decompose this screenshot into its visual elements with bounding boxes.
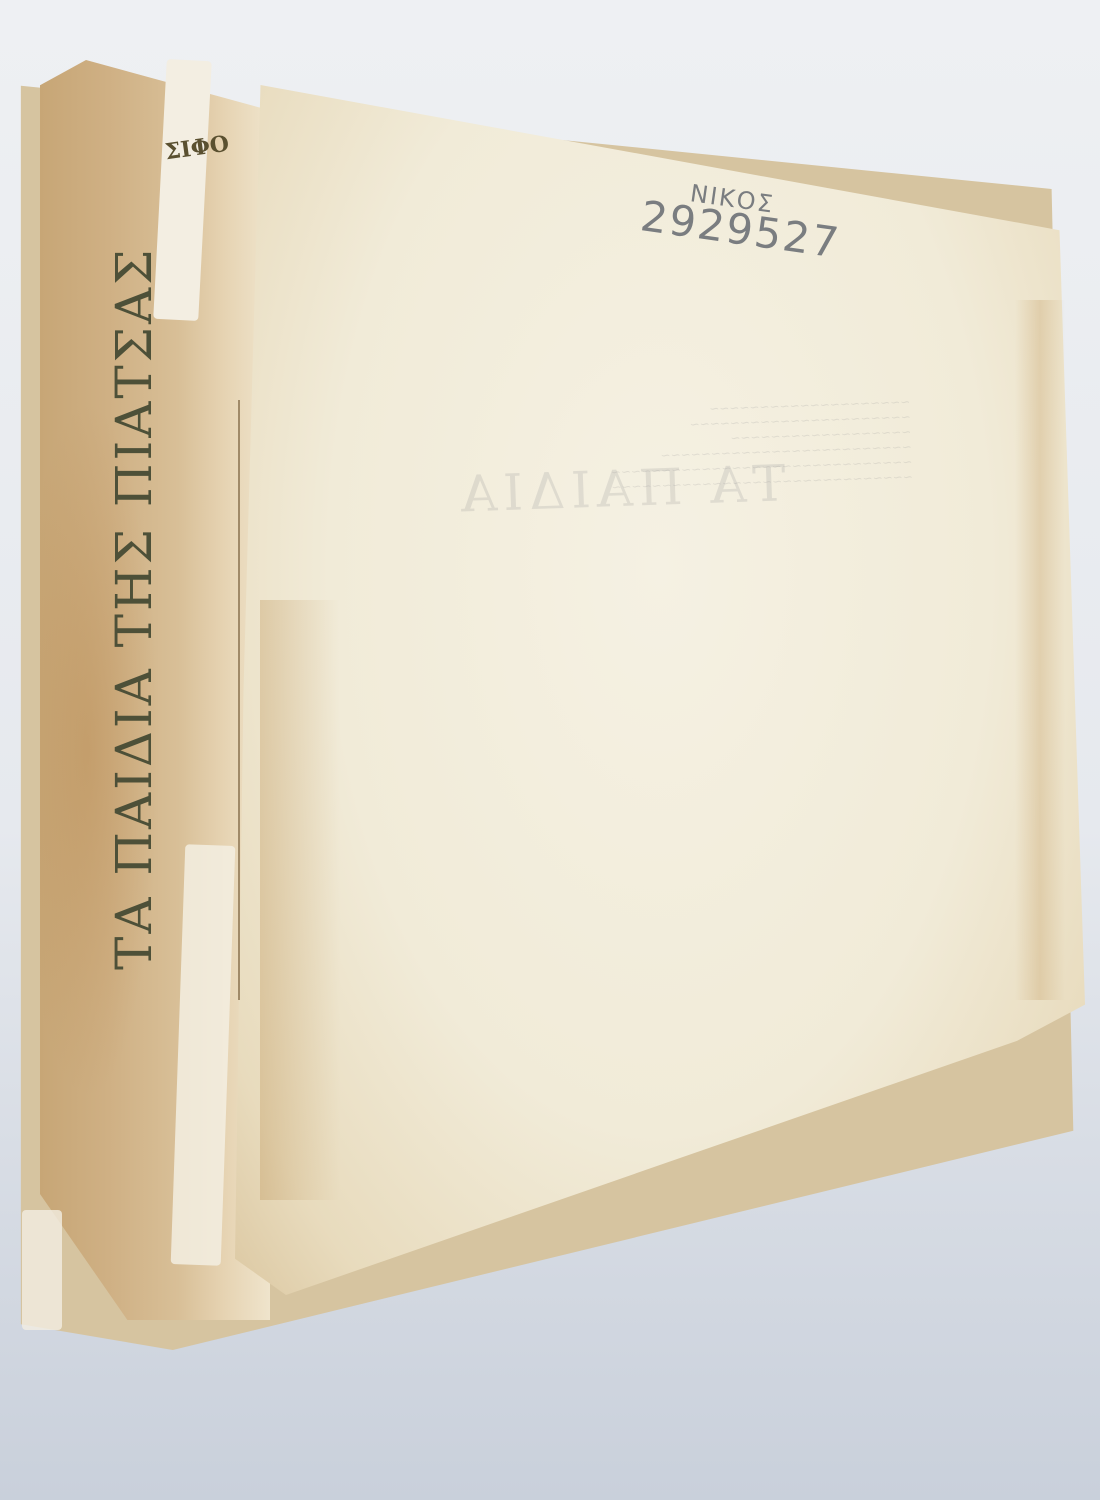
show-through-title: ΤΑ ΠΑΙΔΙΑ bbox=[454, 454, 787, 524]
page-water-stain-right bbox=[1015, 300, 1065, 1000]
page-water-stain-left bbox=[260, 600, 340, 1200]
torn-spine-paper bbox=[22, 1210, 62, 1330]
photo-scene: ΣΙΦΟ ΤΑ ΠΑΙΔΙΑ ΤΗΣ ΠΙΑΤΣΑΣ ~~~~~~~~~~~~~… bbox=[0, 0, 1100, 1500]
binding-stitch bbox=[238, 400, 240, 1000]
spine-title: ΤΑ ΠΑΙΔΙΑ ΤΗΣ ΠΙΑΤΣΑΣ bbox=[105, 330, 163, 970]
